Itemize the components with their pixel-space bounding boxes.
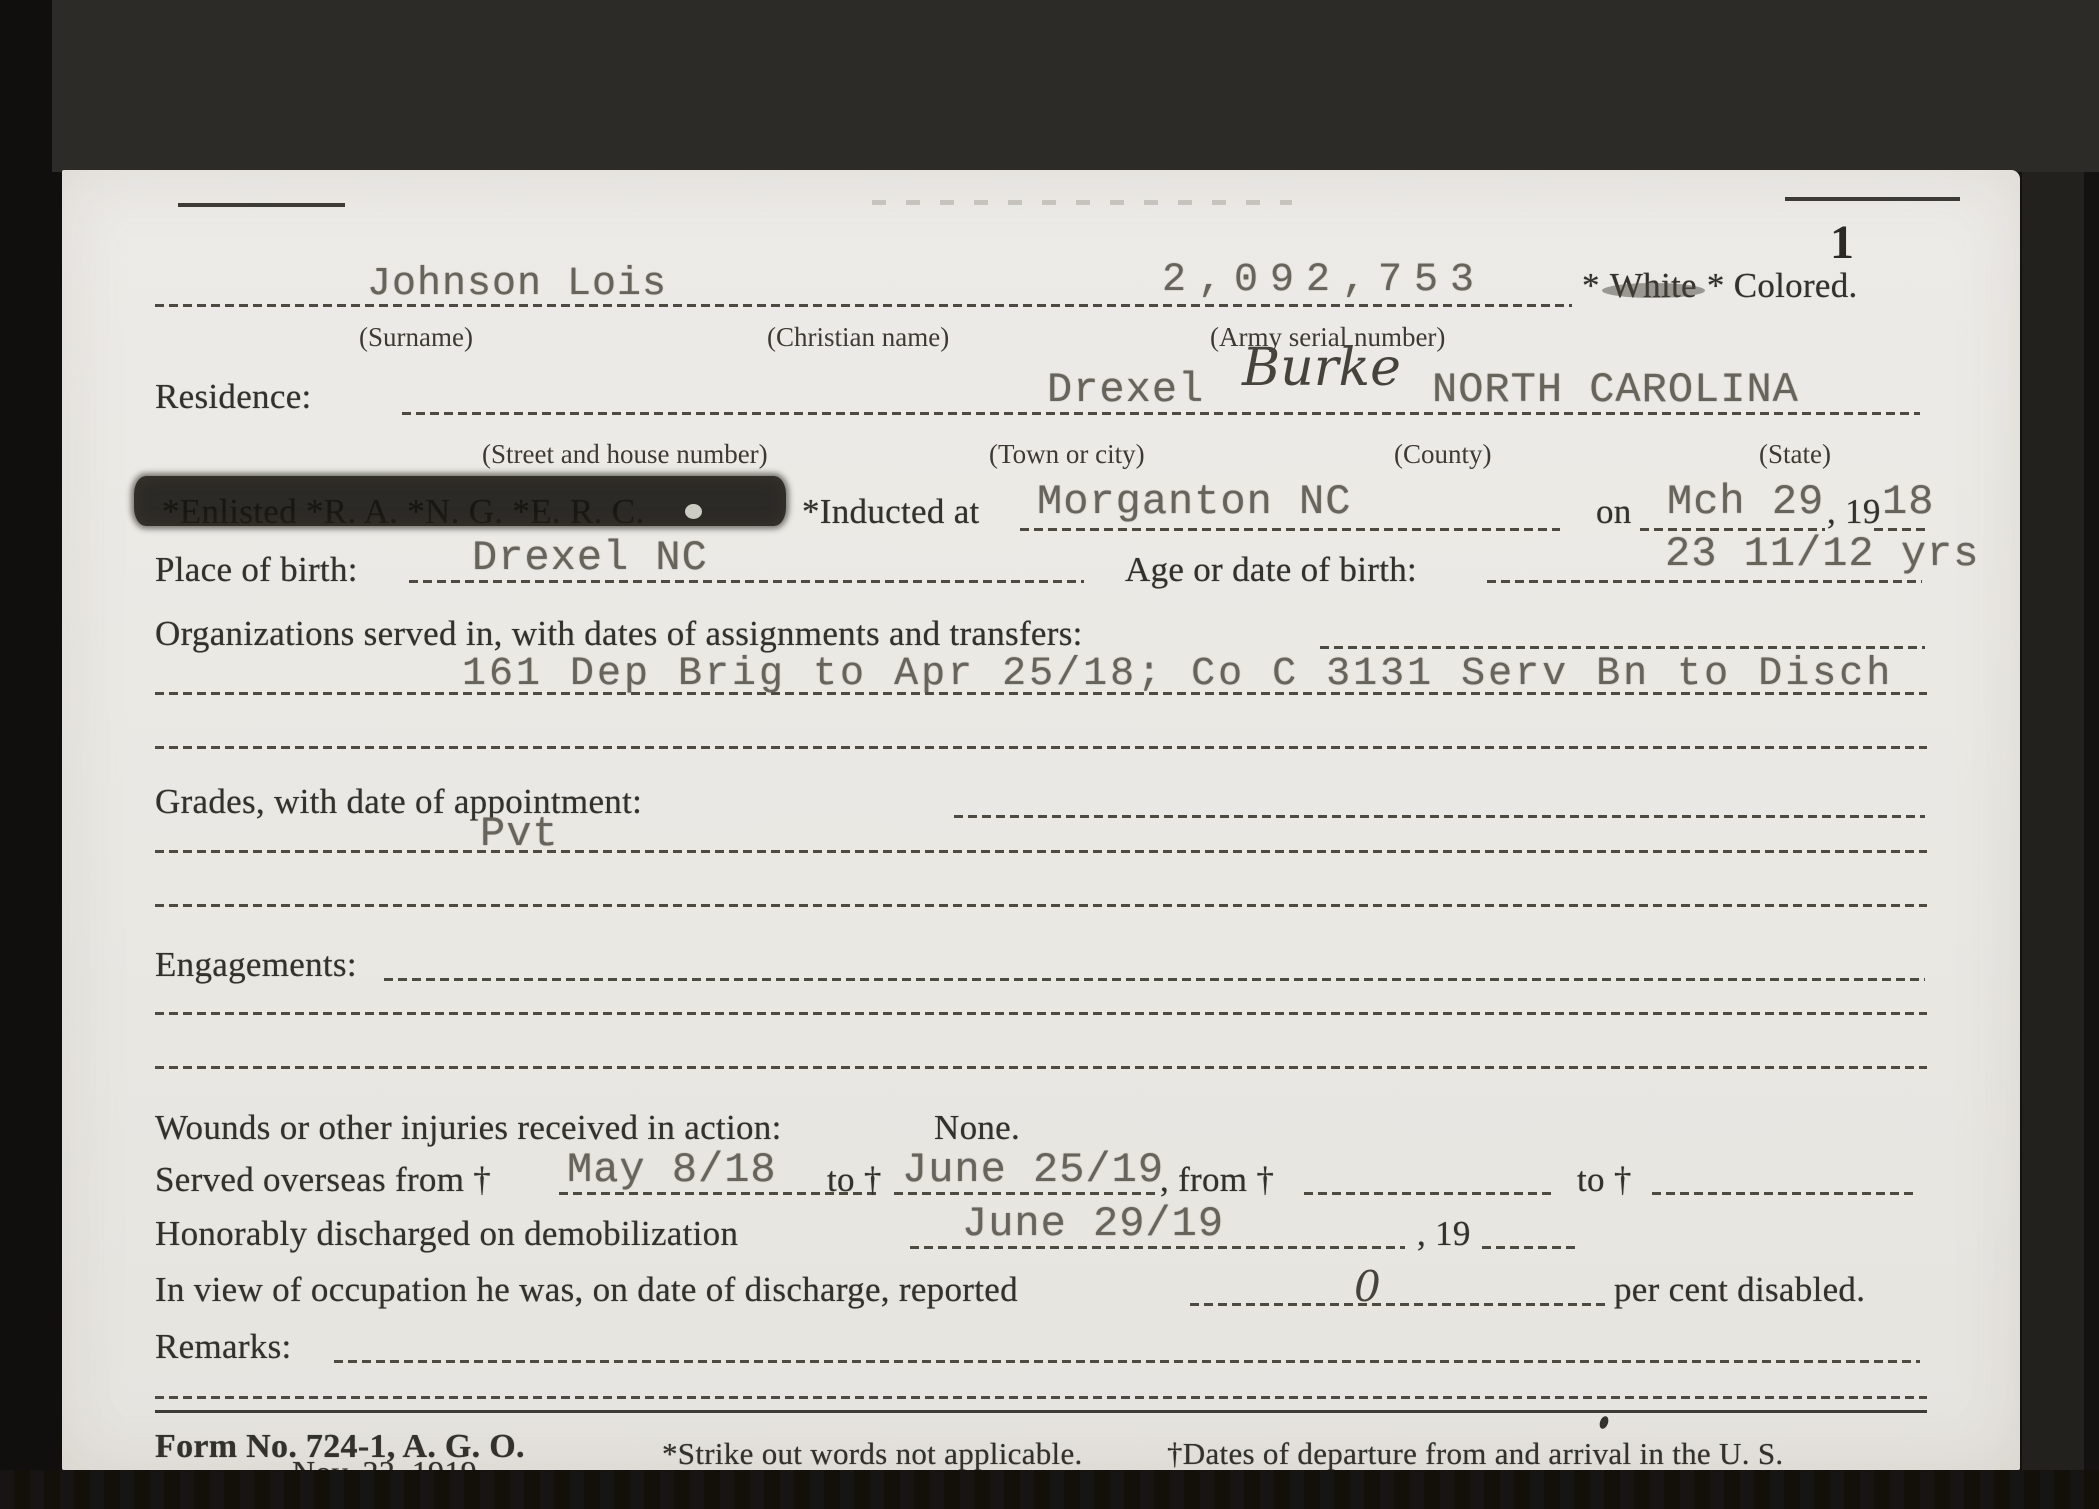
scan-background-top bbox=[52, 0, 2099, 172]
dotted-rule bbox=[155, 1396, 1927, 1399]
footnote-strikeout: *Strike out words not applicable. bbox=[662, 1436, 1083, 1470]
year-19-printed: , 19 bbox=[1827, 492, 1881, 532]
disability-percent-value: 0 bbox=[1354, 1262, 1381, 1311]
dotted-rule bbox=[1487, 580, 1922, 583]
overseas-to-label: to † bbox=[827, 1160, 882, 1200]
organizations-value: 161 Dep Brig to Apr 25/18; Co C 3131 Ser… bbox=[462, 652, 1893, 697]
engagements-label: Engagements: bbox=[155, 945, 357, 985]
county-label: (County) bbox=[1394, 439, 1492, 470]
dotted-rule bbox=[910, 1246, 1405, 1249]
footer-divider-line bbox=[155, 1410, 1927, 1413]
surname-label: (Surname) bbox=[359, 322, 473, 353]
inducted-place-value: Morganton NC bbox=[1037, 478, 1351, 526]
overseas-to-value: June 25/19 bbox=[902, 1146, 1164, 1194]
place-of-birth-label: Place of birth: bbox=[155, 550, 358, 590]
christian-name-label: (Christian name) bbox=[767, 322, 949, 353]
dotted-rule bbox=[894, 1192, 1156, 1195]
dotted-rule bbox=[1190, 1303, 1608, 1306]
top-right-line bbox=[1785, 197, 1960, 201]
age-label: Age or date of birth: bbox=[1125, 550, 1417, 590]
remarks-label: Remarks: bbox=[155, 1327, 292, 1367]
dotted-rule bbox=[155, 1066, 1927, 1069]
street-label: (Street and house number) bbox=[482, 439, 768, 470]
service-record-card: 1 Johnson Lois 2,092,753 *White* Colored… bbox=[62, 170, 2020, 1470]
scan-background-left bbox=[0, 0, 62, 1509]
dotted-rule bbox=[1304, 1192, 1554, 1195]
residence-county-value: Burke bbox=[1242, 338, 1401, 398]
dotted-rule bbox=[409, 580, 1084, 583]
wounds-value: None. bbox=[934, 1108, 1020, 1148]
served-overseas-label: Served overseas from † bbox=[155, 1160, 491, 1200]
grades-label: Grades, with date of appointment: bbox=[155, 782, 642, 822]
overseas-from-value: May 8/18 bbox=[567, 1146, 777, 1194]
discharge-year-printed: , 19 bbox=[1417, 1214, 1471, 1254]
residence-label: Residence: bbox=[155, 377, 312, 417]
dotted-rule bbox=[954, 815, 1925, 818]
ink-stamp-strikeout bbox=[134, 476, 786, 526]
dotted-rule bbox=[1652, 1192, 1915, 1195]
place-of-birth-value: Drexel NC bbox=[472, 534, 708, 582]
residence-state-value: NORTH CAROLINA bbox=[1432, 366, 1799, 414]
percent-disabled-label: per cent disabled. bbox=[1614, 1270, 1865, 1310]
induction-date-value: Mch 29 bbox=[1667, 478, 1824, 526]
dotted-rule bbox=[155, 1012, 1927, 1015]
dotted-rule bbox=[1320, 646, 1925, 649]
dotted-rule bbox=[155, 304, 1572, 307]
dotted-rule bbox=[1020, 528, 1560, 531]
dotted-rule bbox=[155, 692, 1927, 695]
form-date: Nov. 22, 1919 bbox=[292, 1454, 477, 1470]
scan-background-bottom bbox=[0, 1470, 2099, 1509]
ink-speck bbox=[1598, 1415, 1610, 1430]
discharge-date-value: June 29/19 bbox=[962, 1200, 1224, 1248]
overseas-from2-label: , from † bbox=[1160, 1160, 1274, 1200]
on-label: on bbox=[1596, 492, 1632, 532]
discharge-label: Honorably discharged on demobilization bbox=[155, 1214, 738, 1254]
disability-label: In view of occupation he was, on date of… bbox=[155, 1270, 1018, 1310]
race-star: * bbox=[1582, 266, 1600, 305]
town-label: (Town or city) bbox=[989, 439, 1145, 470]
wounds-label: Wounds or other injuries received in act… bbox=[155, 1108, 782, 1148]
scan-background-right bbox=[2022, 172, 2084, 1472]
inducted-at-label: *Inducted at bbox=[802, 492, 980, 532]
race-colored: * Colored. bbox=[1707, 266, 1858, 305]
footnote-dates: †Dates of departure from and arrival in … bbox=[1167, 1436, 1783, 1470]
dotted-rule bbox=[384, 978, 1925, 981]
race-white-struck: White bbox=[1610, 266, 1697, 306]
dotted-rule bbox=[334, 1360, 1920, 1363]
scan-artifact bbox=[872, 200, 1292, 205]
dotted-rule bbox=[1482, 1246, 1580, 1249]
top-left-line bbox=[178, 203, 345, 207]
age-value: 23 11/12 yrs bbox=[1665, 530, 1979, 578]
state-label: (State) bbox=[1759, 439, 1831, 470]
surname-christian-value: Johnson Lois bbox=[367, 262, 667, 307]
race-options: *White* Colored. bbox=[1582, 266, 1858, 306]
dotted-rule bbox=[155, 850, 1927, 853]
dotted-rule bbox=[155, 904, 1927, 907]
residence-town-value: Drexel bbox=[1047, 366, 1204, 414]
dotted-rule bbox=[155, 746, 1927, 749]
army-serial-value: 2,092,753 bbox=[1162, 258, 1486, 303]
organizations-label: Organizations served in, with dates of a… bbox=[155, 614, 1083, 654]
overseas-to2-label: to † bbox=[1577, 1160, 1632, 1200]
induction-year-value: 18 bbox=[1882, 478, 1934, 526]
page-number: 1 bbox=[1830, 215, 1854, 270]
